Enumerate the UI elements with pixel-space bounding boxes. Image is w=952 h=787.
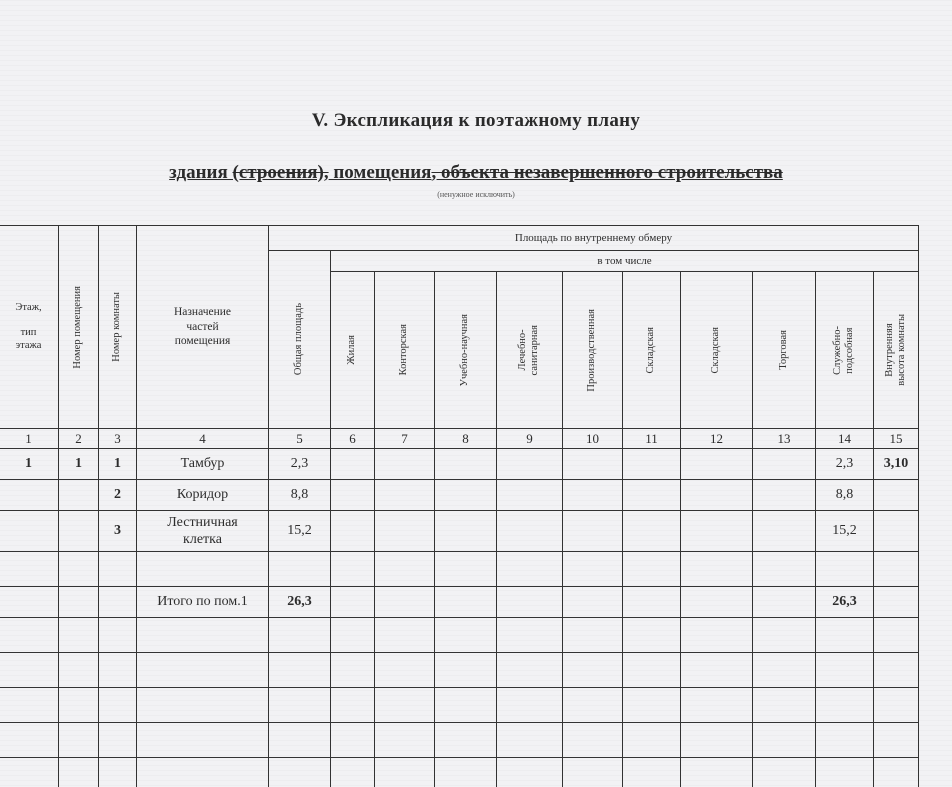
header-height: Внутренняя высота комнаты	[874, 272, 919, 429]
header-educational: Учебно-научная	[435, 272, 497, 429]
cell-premises: 1	[59, 449, 99, 480]
cell-area	[375, 587, 435, 618]
empty-cell	[435, 723, 497, 758]
empty-cell	[99, 653, 137, 688]
empty-row	[0, 758, 919, 787]
cell-room: 3	[99, 511, 137, 552]
empty-cell	[99, 723, 137, 758]
column-number: 10	[563, 429, 623, 449]
column-number: 4	[137, 429, 269, 449]
empty-cell	[681, 758, 753, 787]
empty-row	[0, 688, 919, 723]
cell-area	[753, 552, 816, 587]
column-number: 7	[375, 429, 435, 449]
empty-row	[0, 723, 919, 758]
header-total-area: Общая площадь	[269, 251, 331, 429]
cell-area	[497, 511, 563, 552]
empty-cell	[331, 688, 375, 723]
cell-area	[375, 552, 435, 587]
column-number: 2	[59, 429, 99, 449]
empty-cell	[137, 618, 269, 653]
empty-cell	[0, 758, 59, 787]
header-residential: Жилая	[331, 272, 375, 429]
column-numbers-row: 123456789101112131415	[0, 429, 919, 449]
subtitle-part: , объекта незавершенного	[431, 162, 653, 183]
empty-cell	[874, 688, 919, 723]
empty-cell	[497, 723, 563, 758]
empty-cell	[59, 758, 99, 787]
empty-cell	[0, 723, 59, 758]
cell-area	[497, 480, 563, 511]
cell-area	[563, 587, 623, 618]
empty-cell	[375, 758, 435, 787]
cell-total-area: 8,8	[269, 480, 331, 511]
empty-cell	[753, 688, 816, 723]
header-area-span: Площадь по внутреннему обмеру	[269, 226, 919, 251]
empty-cell	[816, 653, 874, 688]
header-service: Служебно- подсобная	[816, 272, 874, 429]
cell-area	[331, 511, 375, 552]
header-storage: Складская	[681, 272, 753, 429]
cell-area	[563, 552, 623, 587]
total-service-value: 26,3	[816, 587, 874, 618]
empty-cell	[816, 618, 874, 653]
empty-cell	[59, 618, 99, 653]
empty-cell	[563, 653, 623, 688]
subtitle-part: помещения	[329, 162, 432, 183]
cell-area	[623, 511, 681, 552]
empty-cell	[59, 653, 99, 688]
empty-row	[0, 618, 919, 653]
empty-cell	[563, 618, 623, 653]
cell-area	[435, 449, 497, 480]
cell-area	[563, 511, 623, 552]
cell-area	[681, 449, 753, 480]
empty-cell	[269, 723, 331, 758]
empty-cell	[331, 723, 375, 758]
column-number: 1	[0, 429, 59, 449]
empty-cell	[874, 723, 919, 758]
empty-cell	[137, 723, 269, 758]
cell-service-area: 8,8	[816, 480, 874, 511]
empty-cell	[269, 618, 331, 653]
table-row: 111Тамбур2,32,33,10	[0, 449, 919, 480]
cell-area	[563, 449, 623, 480]
cell-area	[681, 552, 753, 587]
empty-cell	[269, 653, 331, 688]
empty-cell	[753, 653, 816, 688]
subtitle-part: здания	[169, 162, 232, 183]
empty-cell	[681, 618, 753, 653]
cell-area	[375, 449, 435, 480]
total-row: Итого по пом.126,326,3	[0, 587, 919, 618]
cell-total-area	[269, 552, 331, 587]
empty-cell	[59, 723, 99, 758]
cell-area	[753, 480, 816, 511]
cell-area	[753, 587, 816, 618]
header-premises-number: Номер помещения	[59, 226, 99, 429]
cell-height	[874, 552, 919, 587]
cell-floor: 1	[0, 449, 59, 480]
header-warehouse: Складская	[623, 272, 681, 429]
empty-cell	[0, 688, 59, 723]
cell-area	[375, 480, 435, 511]
cell-service-area: 15,2	[816, 511, 874, 552]
empty-cell	[331, 618, 375, 653]
cell-room	[99, 552, 137, 587]
empty-cell	[99, 618, 137, 653]
empty-cell	[375, 653, 435, 688]
cell-area	[753, 449, 816, 480]
cell-area	[623, 480, 681, 511]
empty-cell	[435, 758, 497, 787]
cell-room	[99, 587, 137, 618]
empty-cell	[497, 618, 563, 653]
column-number: 15	[874, 429, 919, 449]
empty-cell	[375, 688, 435, 723]
cell-area	[623, 449, 681, 480]
cell-area	[753, 511, 816, 552]
cell-area	[435, 480, 497, 511]
empty-cell	[375, 723, 435, 758]
table-row	[0, 552, 919, 587]
cell-height	[874, 480, 919, 511]
empty-cell	[563, 758, 623, 787]
empty-cell	[563, 688, 623, 723]
empty-cell	[0, 653, 59, 688]
cell-area	[497, 552, 563, 587]
cell-height	[874, 587, 919, 618]
empty-cell	[681, 653, 753, 688]
empty-cell	[435, 618, 497, 653]
header-including: в том числе	[331, 251, 919, 272]
empty-cell	[623, 758, 681, 787]
empty-row	[0, 653, 919, 688]
cell-premises	[59, 587, 99, 618]
empty-cell	[623, 653, 681, 688]
cell-purpose: Тамбур	[137, 449, 269, 480]
strike-note: (ненужное исключить)	[0, 190, 952, 199]
empty-cell	[435, 653, 497, 688]
empty-cell	[375, 618, 435, 653]
empty-cell	[816, 688, 874, 723]
cell-height: 3,10	[874, 449, 919, 480]
cell-area	[623, 587, 681, 618]
empty-cell	[623, 688, 681, 723]
cell-area	[435, 511, 497, 552]
cell-purpose: Лестничная клетка	[137, 511, 269, 552]
subtitle-part: (строения),	[233, 162, 329, 183]
empty-cell	[435, 688, 497, 723]
empty-cell	[874, 618, 919, 653]
header-purpose: Назначение частей помещения	[137, 226, 269, 429]
empty-cell	[0, 618, 59, 653]
cell-total-area: 2,3	[269, 449, 331, 480]
cell-premises	[59, 480, 99, 511]
cell-area	[331, 552, 375, 587]
empty-cell	[269, 758, 331, 787]
empty-cell	[874, 653, 919, 688]
cell-room: 1	[99, 449, 137, 480]
section-title: V. Экспликация к поэтажному плану	[0, 110, 952, 132]
cell-floor	[0, 480, 59, 511]
cell-service-area: 2,3	[816, 449, 874, 480]
column-number: 14	[816, 429, 874, 449]
header-office: Конторская	[375, 272, 435, 429]
table-row: 3Лестничная клетка15,215,2	[0, 511, 919, 552]
empty-cell	[331, 653, 375, 688]
empty-cell	[331, 758, 375, 787]
cell-premises	[59, 552, 99, 587]
table-row: 2Коридор8,88,8	[0, 480, 919, 511]
cell-area	[497, 587, 563, 618]
cell-purpose	[137, 552, 269, 587]
column-number: 5	[269, 429, 331, 449]
empty-cell	[753, 723, 816, 758]
total-label: Итого по пом.1	[137, 587, 269, 618]
cell-height	[874, 511, 919, 552]
empty-cell	[816, 758, 874, 787]
cell-area	[331, 449, 375, 480]
empty-cell	[681, 723, 753, 758]
cell-purpose: Коридор	[137, 480, 269, 511]
empty-cell	[623, 618, 681, 653]
column-number: 12	[681, 429, 753, 449]
empty-cell	[816, 723, 874, 758]
cell-floor	[0, 552, 59, 587]
total-area-value: 26,3	[269, 587, 331, 618]
empty-cell	[59, 688, 99, 723]
explication-table: Этаж, тип этажа Номер помещения Номер ко…	[0, 225, 919, 787]
column-number: 11	[623, 429, 681, 449]
column-number: 8	[435, 429, 497, 449]
cell-area	[435, 552, 497, 587]
empty-cell	[497, 758, 563, 787]
subtitle: здания (строения), помещения, объекта не…	[0, 162, 952, 184]
header-trade: Торговая	[753, 272, 816, 429]
cell-floor	[0, 511, 59, 552]
empty-cell	[99, 688, 137, 723]
empty-cell	[681, 688, 753, 723]
empty-cell	[137, 653, 269, 688]
cell-area	[681, 480, 753, 511]
cell-floor	[0, 587, 59, 618]
empty-cell	[497, 688, 563, 723]
cell-area	[435, 587, 497, 618]
cell-room: 2	[99, 480, 137, 511]
cell-total-area: 15,2	[269, 511, 331, 552]
empty-cell	[874, 758, 919, 787]
empty-cell	[753, 618, 816, 653]
cell-area	[623, 552, 681, 587]
cell-area	[331, 587, 375, 618]
empty-cell	[753, 758, 816, 787]
header-medical: Лечебно- санитарная	[497, 272, 563, 429]
column-number: 9	[497, 429, 563, 449]
column-number: 6	[331, 429, 375, 449]
column-number: 13	[753, 429, 816, 449]
empty-cell	[623, 723, 681, 758]
empty-cell	[497, 653, 563, 688]
header-room-number: Номер комнаты	[99, 226, 137, 429]
empty-cell	[99, 758, 137, 787]
cell-area	[681, 587, 753, 618]
empty-cell	[137, 758, 269, 787]
empty-cell	[137, 688, 269, 723]
subtitle-part: строительства	[653, 162, 783, 183]
column-number: 3	[99, 429, 137, 449]
empty-cell	[563, 723, 623, 758]
cell-area	[681, 511, 753, 552]
cell-area	[331, 480, 375, 511]
header-industrial: Производственная	[563, 272, 623, 429]
cell-service-area	[816, 552, 874, 587]
cell-area	[375, 511, 435, 552]
cell-area	[497, 449, 563, 480]
header-floor: Этаж, тип этажа	[0, 226, 59, 429]
empty-cell	[269, 688, 331, 723]
cell-area	[563, 480, 623, 511]
cell-premises	[59, 511, 99, 552]
